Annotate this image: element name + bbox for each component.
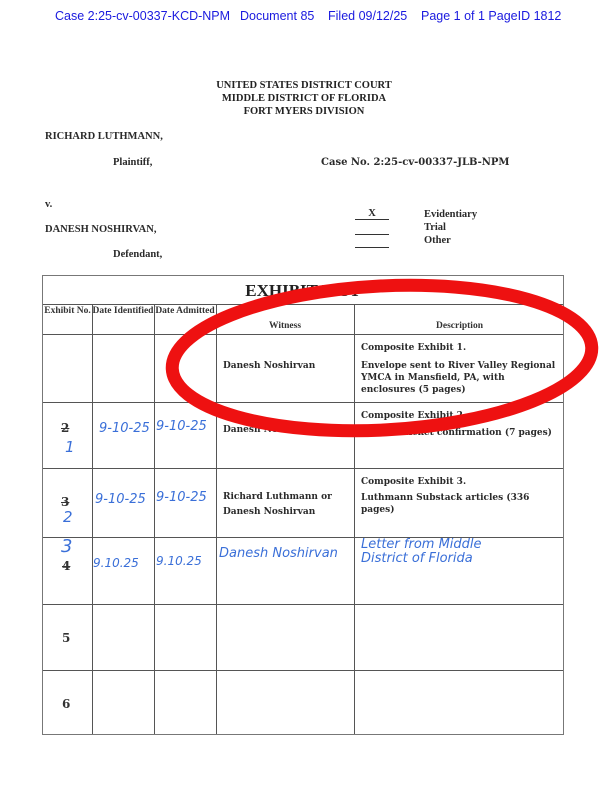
exhibit-number: 4 bbox=[62, 559, 70, 573]
stamp-filed-date: Filed 09/12/25 bbox=[328, 9, 407, 23]
header-exhibit-no: Exhibit No. bbox=[43, 306, 92, 317]
witness-cell: Danesh Noshirvan bbox=[219, 546, 344, 562]
plaintiff-label: Plaintiff, bbox=[113, 157, 152, 168]
exhibit-list-title: EXHIBIT LIST bbox=[43, 276, 563, 305]
exhibit-number: 2 bbox=[61, 421, 69, 435]
date-identified: 9-10-25 bbox=[99, 421, 150, 436]
exhibit-number: 6 bbox=[62, 697, 70, 711]
court-name: UNITED STATES DISTRICT COURT bbox=[0, 79, 608, 92]
date-admitted: 9.10.25 bbox=[156, 554, 202, 568]
date-identified: 9-10-25 bbox=[95, 492, 146, 507]
defendant-name: DANESH NOSHIRVAN, bbox=[45, 224, 156, 235]
description-cell: ... email ticket confirmation (7 pages) bbox=[361, 427, 559, 439]
other-checkbox[interactable] bbox=[355, 235, 389, 248]
header-date-identified: Date Identified bbox=[92, 306, 154, 317]
description-cell: Letter from Middle District of Florida bbox=[361, 538, 531, 566]
stamp-page-id: Page 1 of 1 PageID 1812 bbox=[421, 9, 561, 23]
description-cell: Envelope sent to River Valley Regional Y… bbox=[361, 360, 559, 396]
case-number: Case No. 2:25-cv-00337-JLB-NPM bbox=[321, 157, 510, 168]
exhibit-number: 3 bbox=[61, 495, 69, 509]
witness-cell: Richard Luthmann or Danesh Noshirvan bbox=[223, 490, 351, 520]
date-identified: 9.10.25 bbox=[93, 556, 139, 570]
description-cell: Luthmann Substack articles (336 pages) bbox=[361, 492, 559, 516]
description-title: Composite Exhibit 1. bbox=[361, 342, 559, 354]
witness-cell: Danesh Noshirvan bbox=[223, 360, 315, 372]
header-description: Description bbox=[354, 321, 565, 332]
trial-checkbox[interactable] bbox=[355, 222, 389, 235]
evidentiary-checkbox[interactable]: X bbox=[355, 208, 389, 220]
court-heading: UNITED STATES DISTRICT COURT MIDDLE DIST… bbox=[0, 79, 608, 118]
evidentiary-label: Evidentiary bbox=[424, 209, 477, 220]
versus: v. bbox=[45, 199, 52, 210]
court-division: FORT MYERS DIVISION bbox=[0, 105, 608, 118]
handwritten-exhibit-number: 3 bbox=[61, 536, 72, 557]
header-witness: Witness bbox=[216, 321, 354, 332]
date-admitted: 9-10-25 bbox=[156, 419, 207, 434]
handwritten-exhibit-number: 2 bbox=[63, 508, 73, 526]
plaintiff-name: RICHARD LUTHMANN, bbox=[45, 131, 163, 142]
court-district: MIDDLE DISTRICT OF FLORIDA bbox=[0, 92, 608, 105]
witness-cell: Danesh Noshirvan bbox=[223, 424, 315, 436]
stamp-case-number: Case 2:25-cv-00337-KCD-NPM bbox=[55, 9, 230, 23]
date-admitted: 9-10-25 bbox=[156, 490, 207, 505]
exhibit-list-table: EXHIBIT LIST Exhibit No. Date Identified… bbox=[42, 275, 564, 735]
stamp-document: Document 85 bbox=[240, 9, 314, 23]
other-label: Other bbox=[424, 235, 451, 246]
handwritten-exhibit-number: 1 bbox=[65, 438, 75, 456]
description-title: Composite Exhibit 2. bbox=[361, 410, 559, 422]
header-date-admitted: Date Admitted bbox=[154, 306, 216, 317]
description-title: Composite Exhibit 3. bbox=[361, 476, 559, 488]
trial-label: Trial bbox=[424, 222, 446, 233]
defendant-label: Defendant, bbox=[113, 249, 162, 260]
exhibit-number: 5 bbox=[62, 631, 70, 645]
